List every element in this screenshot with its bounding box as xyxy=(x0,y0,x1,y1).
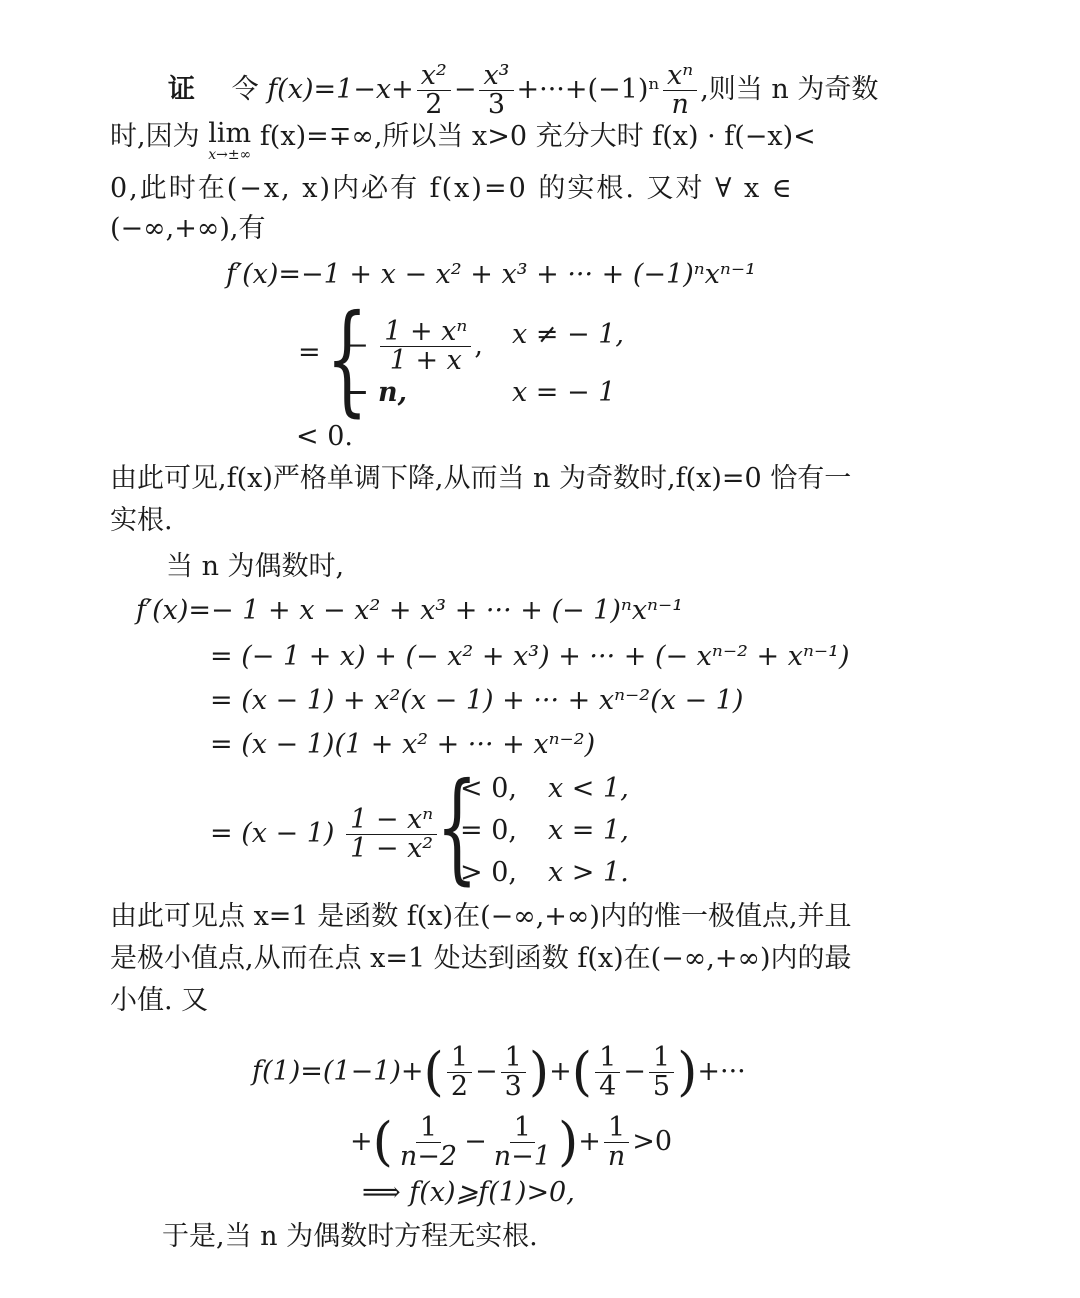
derivative-eq-even-1: f′(x)=− 1 + x − x² + x³ + ··· + (− 1)ⁿxⁿ… xyxy=(136,594,683,628)
f1-eq-line-3: ⟹ f(x)⩾f(1)>0, xyxy=(362,1176,575,1210)
derivative-eq-even-5: = (x − 1) 1 − xⁿ1 − x² xyxy=(210,806,440,863)
case-2-cond: x = − 1 xyxy=(512,376,615,410)
proof-line-1: 证 令 f(x)=1−x+x²2−x³3+···+(−1)ⁿxⁿn,则当 n 为… xyxy=(168,62,878,119)
case-value: = 0, xyxy=(460,814,517,848)
formula: f(x)=1−x+ xyxy=(267,74,414,105)
derivative-eq: f′(x)=−1 + x − x² + x³ + ··· + (−1)ⁿxⁿ⁻¹ xyxy=(226,258,756,292)
proof-line-2: 时,因为 limx→±∞ f(x)=∓∞,所以当 x>0 充分大时 f(x) ·… xyxy=(110,120,816,162)
proof-line-3: 0,此时在(−x, x)内必有 f(x)=0 的实根. 又对 ∀ x ∈ xyxy=(110,172,794,206)
proof-line-8: 由此可见点 x=1 是函数 f(x)在(−∞,+∞)内的惟一极值点,并且 xyxy=(110,900,852,934)
less-than-zero: < 0. xyxy=(296,420,353,454)
eq-sign: = xyxy=(298,336,321,370)
proof-line-4: (−∞,+∞),有 xyxy=(110,212,265,246)
proof-line-10: 小值. 又 xyxy=(110,984,208,1018)
case-cond: x > 1. xyxy=(548,856,629,890)
proof-label: 证 xyxy=(168,74,195,105)
case-cond: x = 1, xyxy=(548,814,629,848)
fraction: 1 − xⁿ1 − x² xyxy=(346,806,437,863)
case-2-value: − n, xyxy=(346,376,407,410)
f1-eq-line-1: f(1)=(1−1)+(12−13)+(14−15)+··· xyxy=(252,1044,746,1101)
proof-line-6: 实根. xyxy=(110,504,173,538)
case-cond: x < 1, xyxy=(548,772,629,806)
proof-line-7: 当 n 为偶数时, xyxy=(166,550,344,584)
proof-conclusion: 于是,当 n 为偶数时方程无实根. xyxy=(162,1220,538,1254)
f1-eq-line-2: +(1n−2−1n−1)+1n>0 xyxy=(350,1114,672,1171)
derivative-eq-even-4: = (x − 1)(1 + x² + ··· + xⁿ⁻²) xyxy=(210,728,595,762)
derivative-eq-even-2: = (− 1 + x) + (− x² + x³) + ··· + (− xⁿ⁻… xyxy=(210,640,850,674)
fraction: x³3 xyxy=(479,62,513,119)
proof-line-9: 是极小值点,从而在点 x=1 处达到函数 f(x)在(−∞,+∞)内的最 xyxy=(110,942,852,976)
case-value: > 0, xyxy=(460,856,517,890)
limit: limx→±∞ xyxy=(208,120,251,162)
fraction: x²2 xyxy=(417,62,451,119)
case-value: < 0, xyxy=(460,772,517,806)
proof-line-5: 由此可见,f(x)严格单调下降,从而当 n 为奇数时,f(x)=0 恰有一 xyxy=(110,462,851,496)
case-1-value: − 1 + xⁿ1 + x, xyxy=(346,318,483,375)
derivative-eq-even-3: = (x − 1) + x²(x − 1) + ··· + xⁿ⁻²(x − 1… xyxy=(210,684,743,718)
text: 令 xyxy=(232,74,259,105)
fraction: 1 + xⁿ1 + x xyxy=(380,318,471,375)
case-1-cond: x ≠ − 1, xyxy=(512,318,624,352)
text: ,则当 n 为奇数 xyxy=(700,74,878,105)
fraction: xⁿn xyxy=(663,62,697,119)
